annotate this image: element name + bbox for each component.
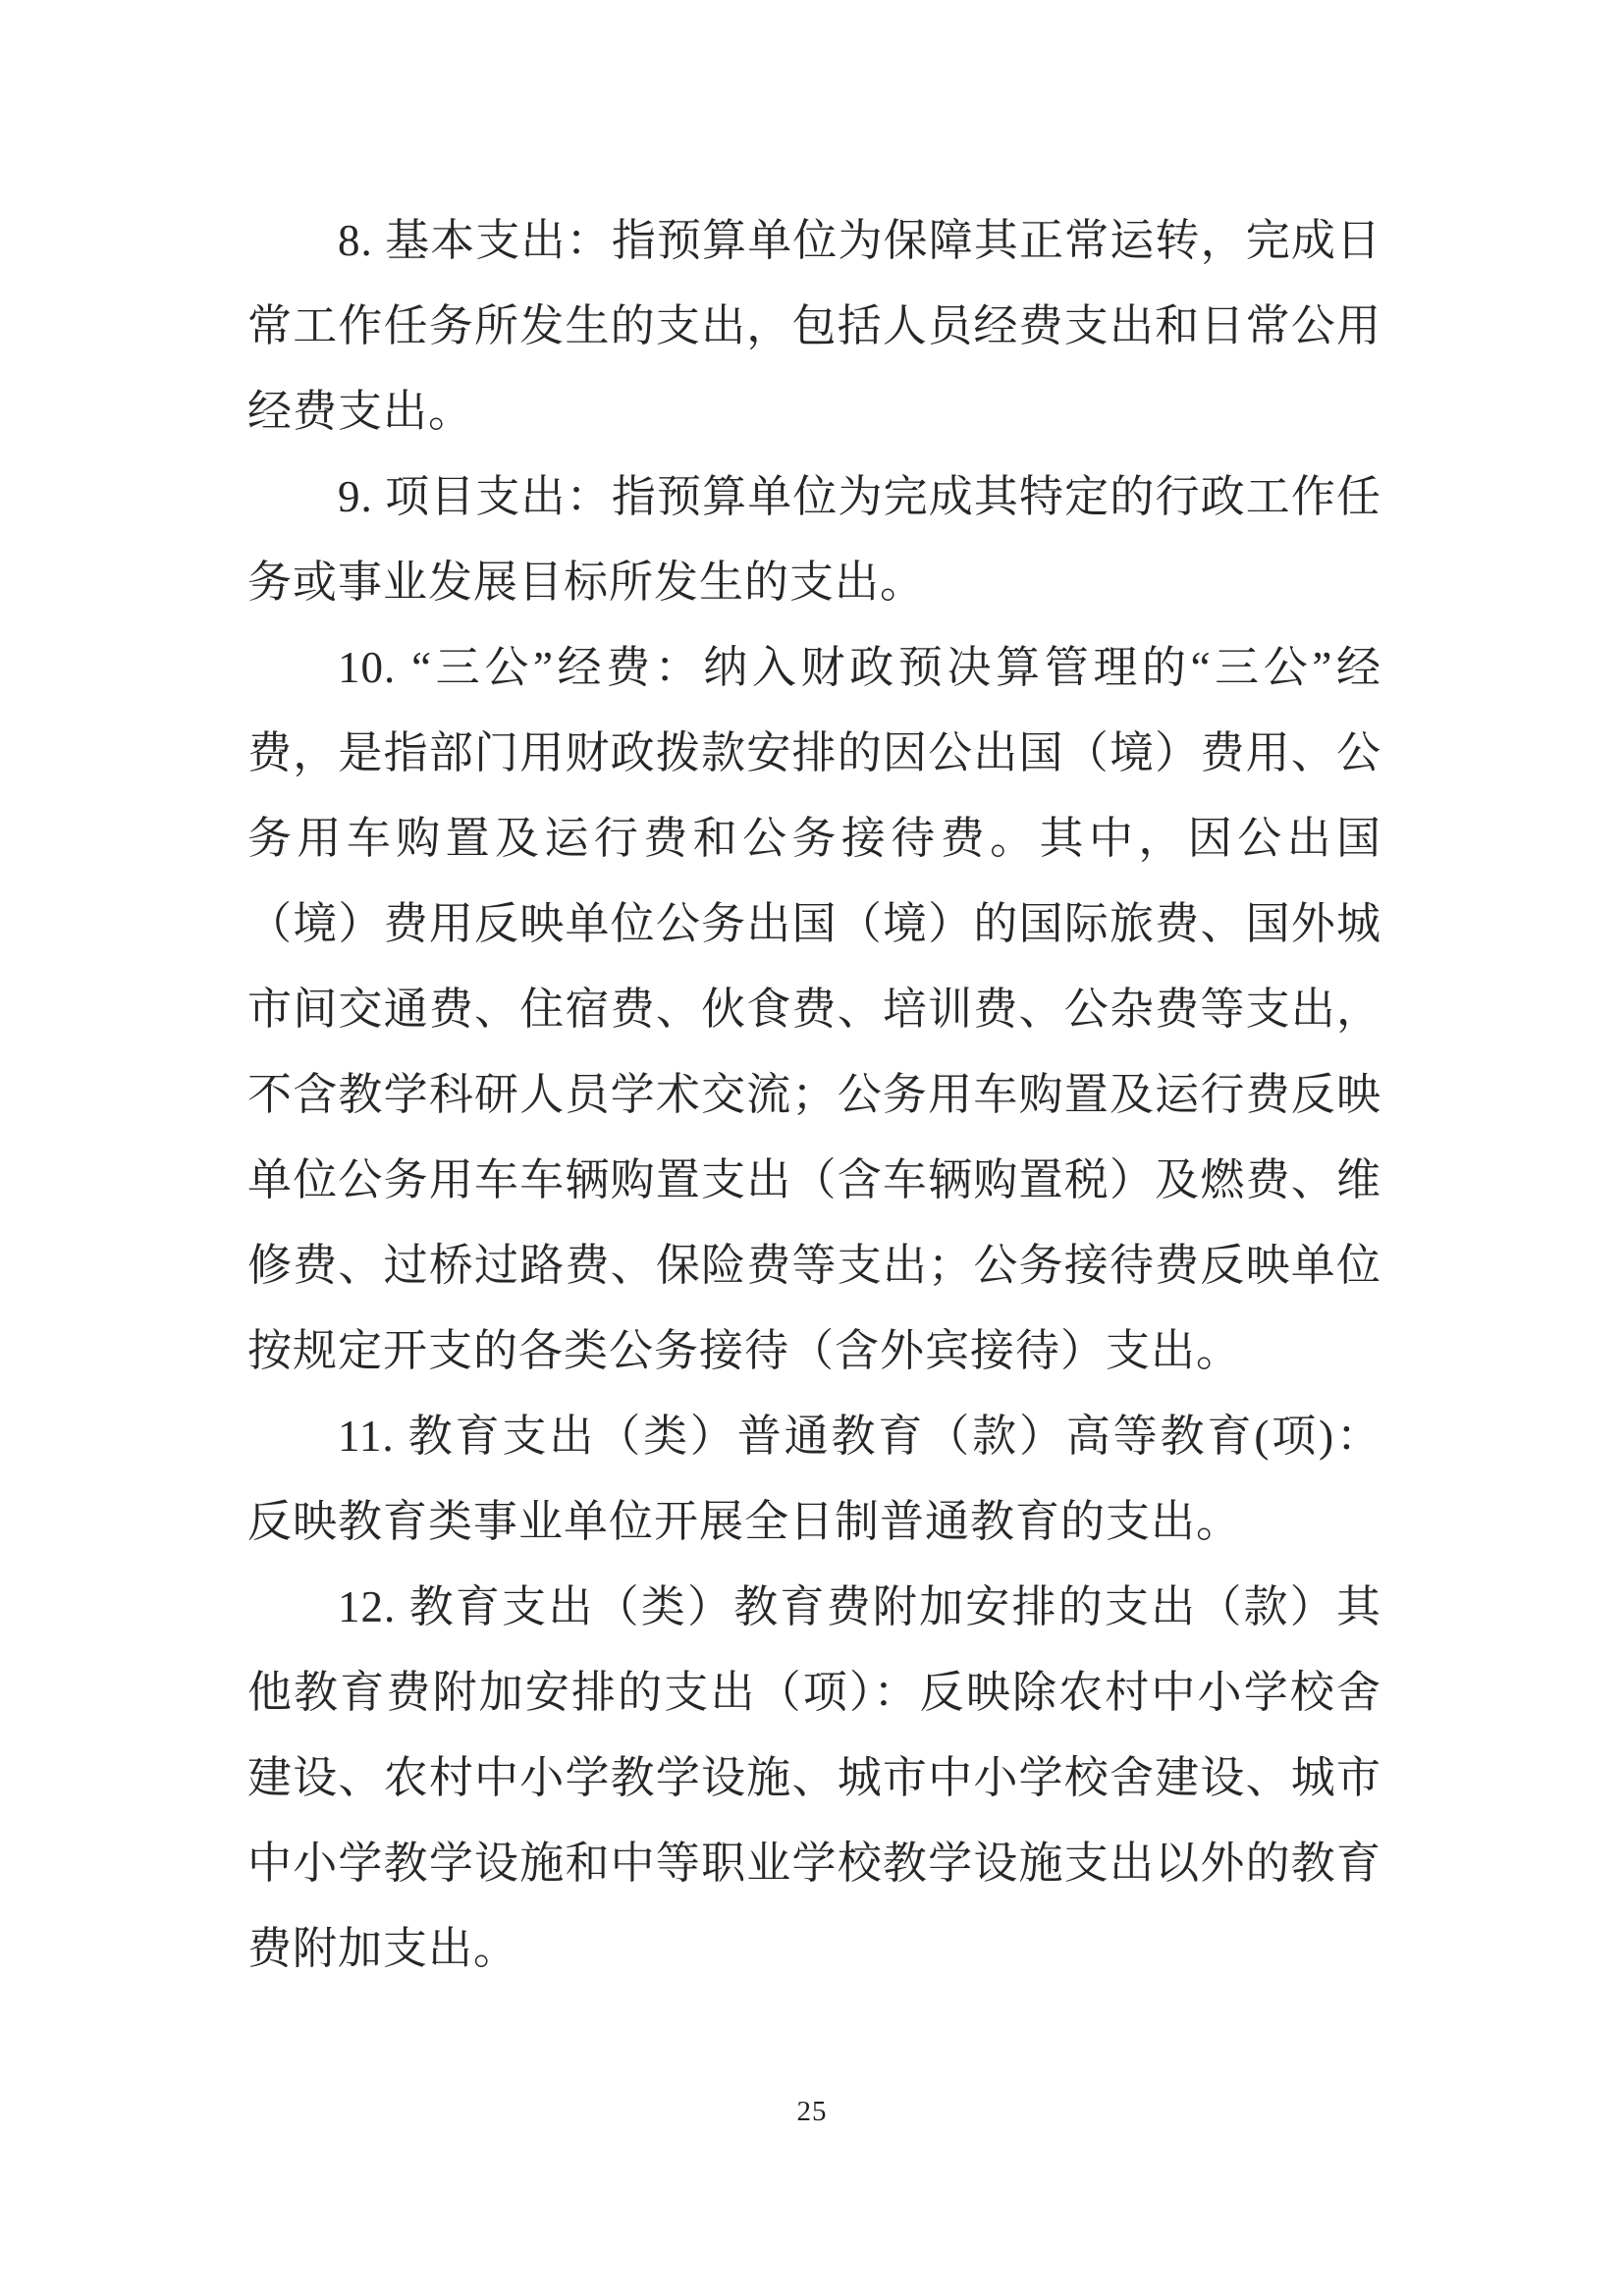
paragraph-education-higher: 11. 教育支出（类）普通教育（款）高等教育(项)：反映教育类事业单位开展全日制…	[247, 1394, 1381, 1565]
document-body: 8. 基本支出：指预算单位为保障其正常运转，完成日常工作任务所发生的支出，包括人…	[247, 198, 1381, 1992]
paragraph-three-public-funds: 10. “三公”经费：纳入财政预决算管理的“三公”经费，是指部门用财政拨款安排的…	[247, 625, 1381, 1394]
page-number: 25	[0, 2096, 1624, 2128]
paragraph-education-surcharge: 12. 教育支出（类）教育费附加安排的支出（款）其他教育费附加安排的支出（项）：…	[247, 1565, 1381, 1992]
document-page: 8. 基本支出：指预算单位为保障其正常运转，完成日常工作任务所发生的支出，包括人…	[0, 0, 1624, 2296]
paragraph-project-expenditure: 9. 项目支出：指预算单位为完成其特定的行政工作任务或事业发展目标所发生的支出。	[247, 454, 1381, 625]
paragraph-basic-expenditure: 8. 基本支出：指预算单位为保障其正常运转，完成日常工作任务所发生的支出，包括人…	[247, 198, 1381, 454]
